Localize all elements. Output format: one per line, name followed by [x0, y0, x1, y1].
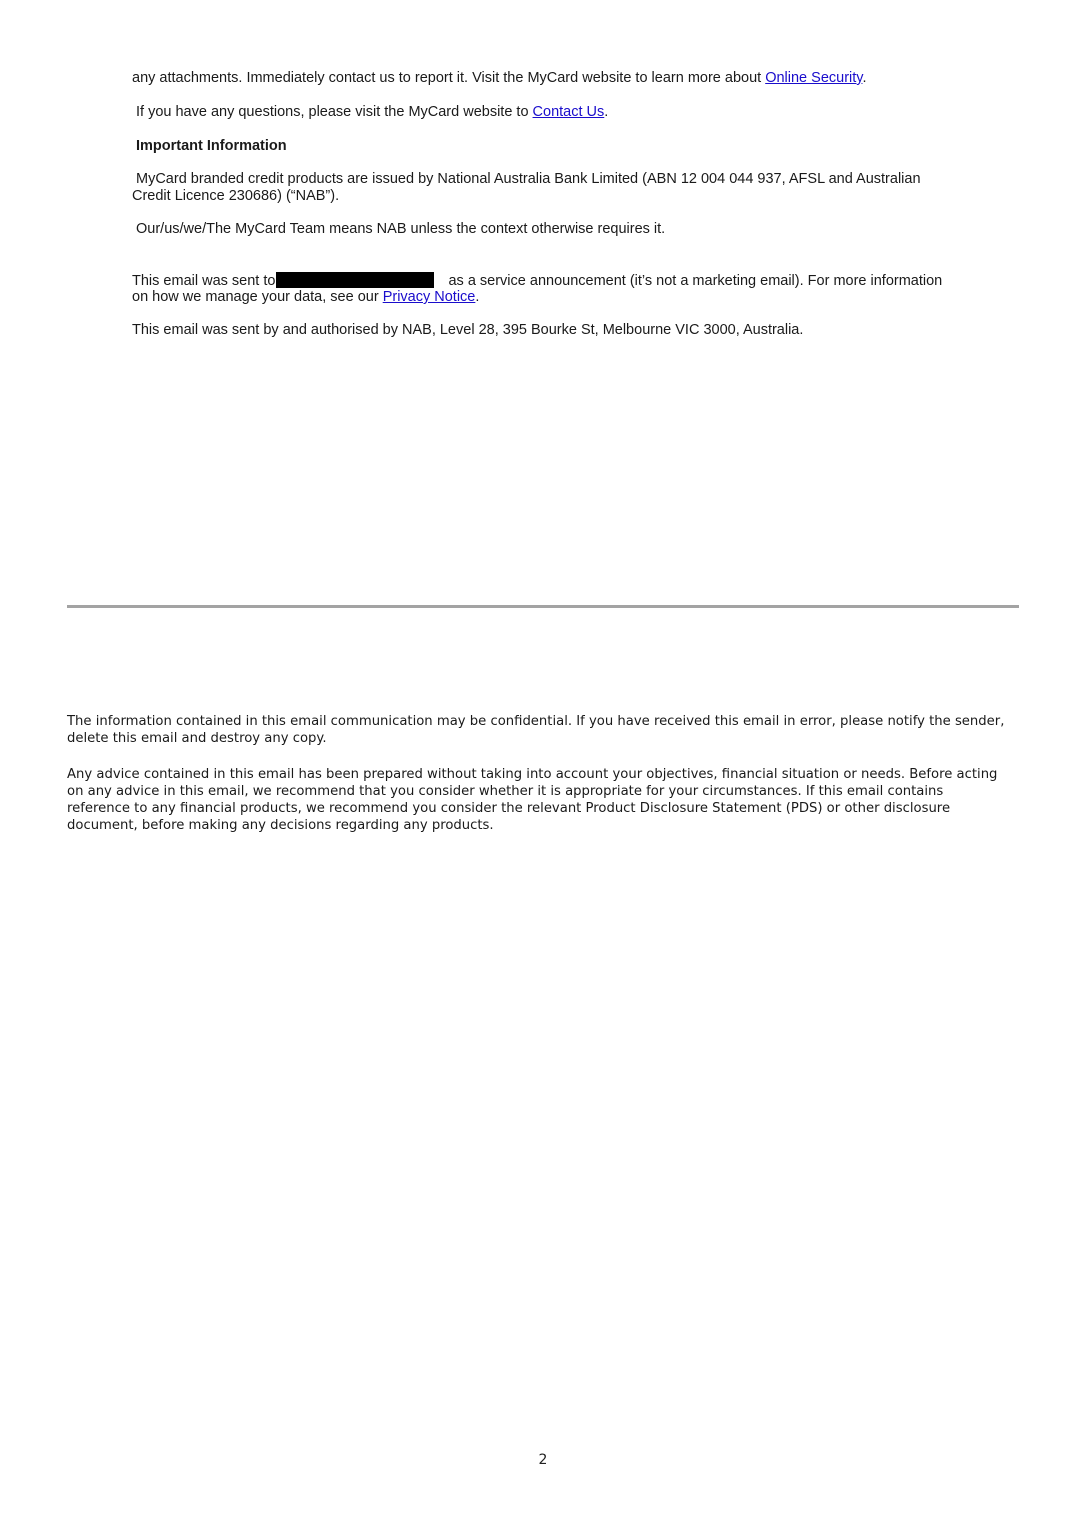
privacy-text: on how we manage your data, see our	[132, 289, 383, 305]
redacted-email-address	[276, 272, 434, 288]
sent-to-line-1: This email was sent to as a service anno…	[132, 272, 942, 290]
sent-to-line-2: on how we manage your data, see our Priv…	[132, 289, 479, 306]
confidentiality-disclaimer: The information contained in this email …	[67, 713, 1007, 747]
privacy-suffix: .	[475, 289, 479, 305]
team-definition: Our/us/we/The MyCard Team means NAB unle…	[136, 221, 665, 238]
contact-us-link[interactable]: Contact Us	[533, 104, 605, 120]
advice-disclaimer: Any advice contained in this email has b…	[67, 766, 1007, 834]
contact-paragraph: If you have any questions, please visit …	[136, 104, 608, 121]
online-security-suffix: .	[862, 70, 866, 86]
issuer-line-2: Credit Licence 230686) (“NAB”).	[132, 188, 339, 205]
privacy-notice-link[interactable]: Privacy Notice	[383, 289, 476, 305]
sent-to-suffix: as a service announcement (it’s not a ma…	[444, 273, 942, 289]
online-security-paragraph: any attachments. Immediately contact us …	[132, 70, 866, 87]
online-security-link[interactable]: Online Security	[765, 70, 862, 86]
important-information-heading: Important Information	[136, 138, 287, 155]
authorised-by-line: This email was sent by and authorised by…	[132, 322, 803, 339]
sent-to-prefix: This email was sent to	[132, 273, 275, 289]
page-number: 2	[0, 1452, 1086, 1468]
horizontal-divider	[67, 605, 1019, 608]
issuer-line-1: MyCard branded credit products are issue…	[136, 171, 921, 188]
contact-text: If you have any questions, please visit …	[136, 104, 533, 120]
contact-suffix: .	[604, 104, 608, 120]
online-security-text: any attachments. Immediately contact us …	[132, 70, 765, 86]
